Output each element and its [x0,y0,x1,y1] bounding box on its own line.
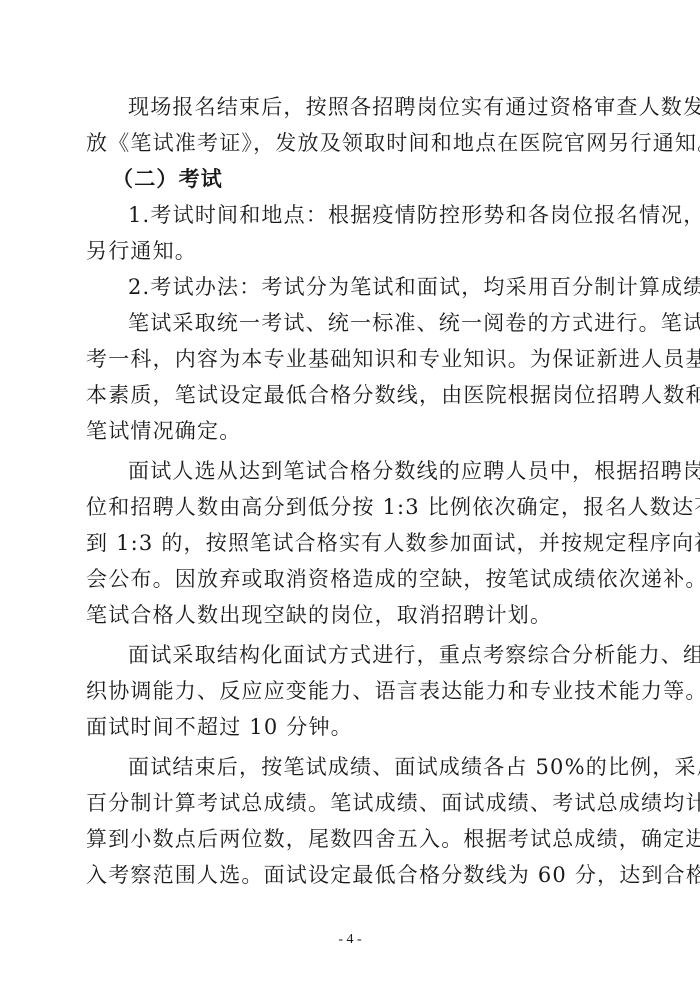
page-number: - 4 - [0,932,700,948]
text-line: 本素质，笔试设定最低合格分数线，由医院根据岗位招聘人数和 [86,380,626,410]
section-heading: （二）考试 [112,164,652,194]
text-line: 面试结束后，按笔试成绩、面试成绩各占 50%的比例，采用 [128,752,668,782]
text-line: 现场报名结束后，按照各招聘岗位实有通过资格审查人数发 [128,92,668,122]
text-line: 面试采取结构化面试方式进行，重点考察综合分析能力、组 [128,640,668,670]
text-line: 1.考试时间和地点：根据疫情防控形势和各岗位报名情况， [128,200,668,230]
text-line: 面试人选从达到笔试合格分数线的应聘人员中，根据招聘岗 [128,456,668,486]
text-line: 织协调能力、反应应变能力、语言表达能力和专业技术能力等。 [86,676,626,706]
text-line: 另行通知。 [86,236,626,266]
text-line: 到 1:3 的，按照笔试合格实有人数参加面试，并按规定程序向社 [86,528,626,558]
text-line: 笔试情况确定。 [86,416,626,446]
document-page: 现场报名结束后，按照各招聘岗位实有通过资格审查人数发放《笔试准考证》，发放及领取… [0,0,700,989]
text-line: 考一科，内容为本专业基础知识和专业知识。为保证新进人员基 [86,344,626,374]
text-line: 笔试采取统一考试、统一标准、统一阅卷的方式进行。笔试 [128,308,668,338]
text-line: 面试时间不超过 10 分钟。 [86,712,626,742]
text-line: 算到小数点后两位数，尾数四舍五入。根据考试总成绩，确定进 [86,824,626,854]
text-line: 位和招聘人数由高分到低分按 1:3 比例依次确定，报名人数达不 [86,492,626,522]
text-line: 入考察范围人选。面试设定最低合格分数线为 60 分，达到合格分 [86,860,626,890]
text-line: 笔试合格人数出现空缺的岗位，取消招聘计划。 [86,600,626,630]
text-line: 会公布。因放弃或取消资格造成的空缺，按笔试成绩依次递补。 [86,564,626,594]
text-line: 百分制计算考试总成绩。笔试成绩、面试成绩、考试总成绩均计 [86,788,626,818]
text-line: 放《笔试准考证》，发放及领取时间和地点在医院官网另行通知。 [86,128,626,158]
text-line: 2.考试办法：考试分为笔试和面试，均采用百分制计算成绩。 [128,272,668,302]
